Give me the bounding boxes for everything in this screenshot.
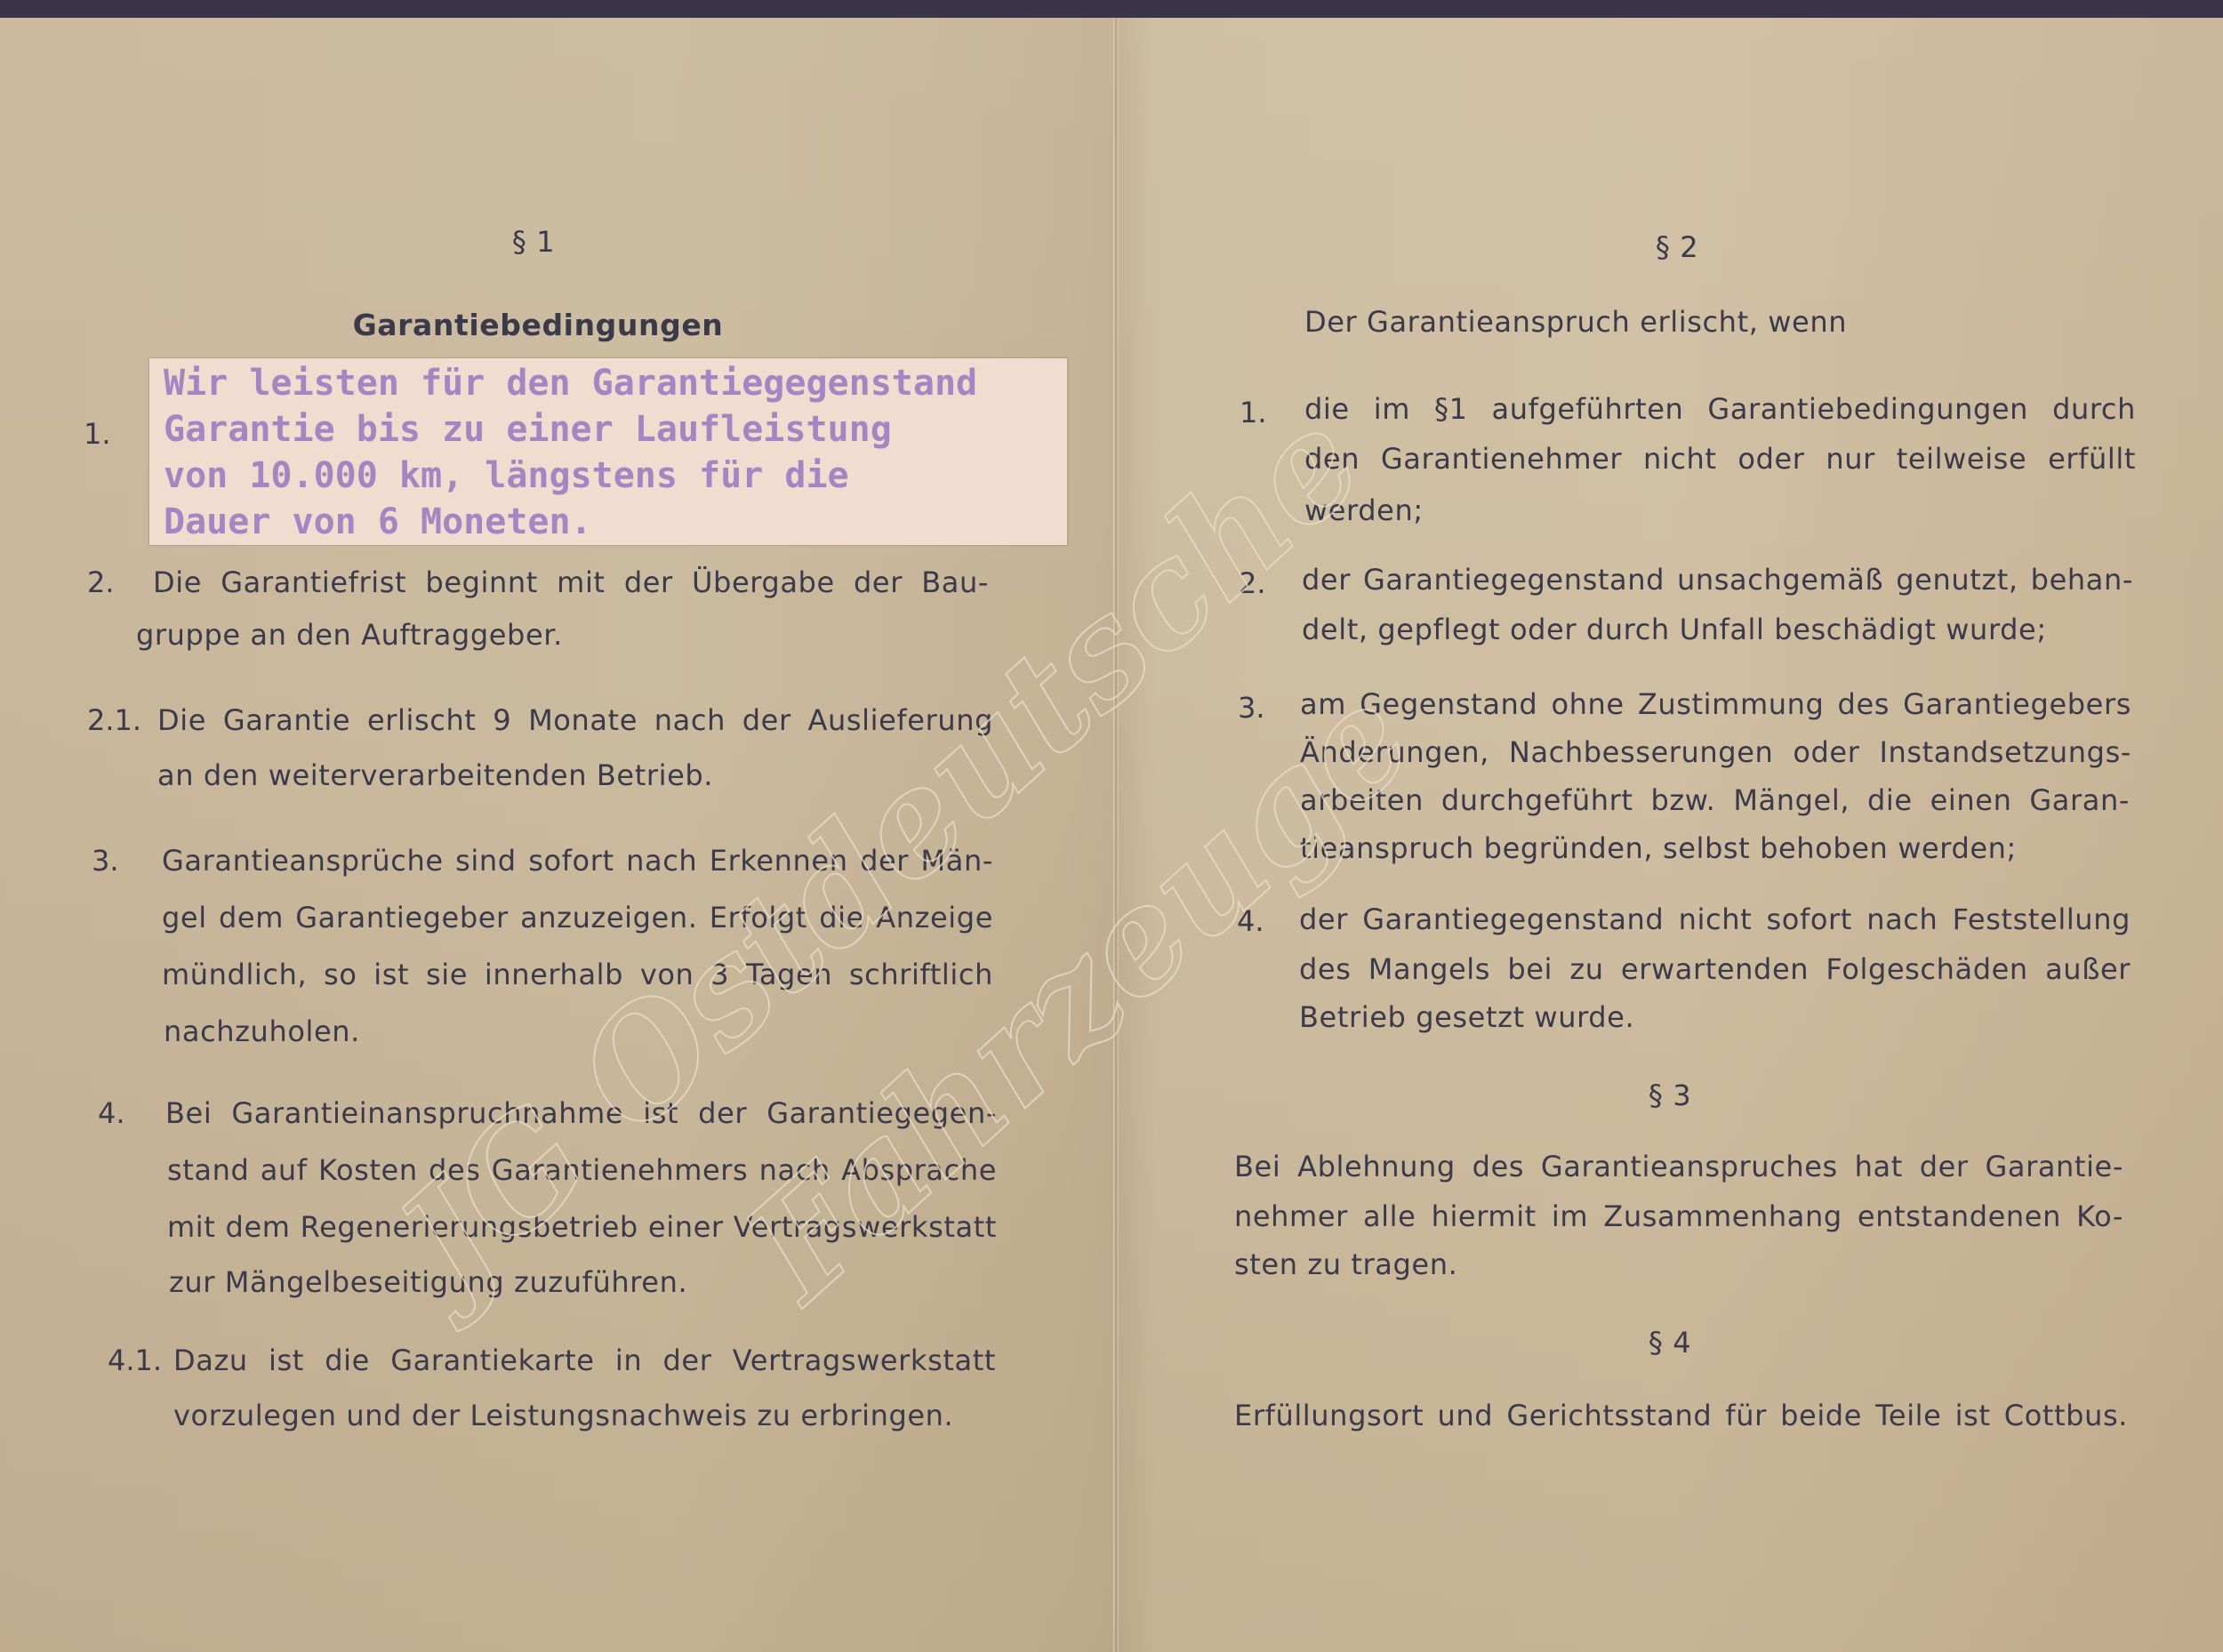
item-4-number: 4.	[98, 1095, 125, 1131]
item-4-line: Bei Garantieinanspruchnahme ist der Gara…	[165, 1095, 997, 1131]
stamp-line: von 10.000 km, längstens für die	[164, 453, 849, 499]
item-4-1-line: Dazu ist die Garantiekarte in der Vertra…	[173, 1343, 996, 1378]
item-3-line: mündlich, so ist sie innerhalb von 3 Tag…	[162, 957, 993, 992]
right-page: § 2 Der Garantieanspruch erlischt, wenn …	[1119, 18, 2223, 1652]
section-4-line: Erfüllungsort und Gerichtsstand für beid…	[1234, 1398, 2128, 1433]
item-3-line: Garantieansprüche sind sofort nach Erken…	[162, 843, 993, 878]
s2-item-3-line: arbeiten durchgeführt bzw. Mängel, die e…	[1300, 782, 2130, 818]
item-2-1-number: 2.1.	[87, 702, 141, 738]
s2-item-2-line: der Garantiegegenstand unsachgemäß genut…	[1302, 562, 2133, 597]
item-2-number: 2.	[87, 565, 115, 600]
s2-item-3-line: am Gegenstand ohne Zustimmung des Garant…	[1300, 686, 2131, 722]
section-2-label: § 2	[1588, 229, 1766, 265]
item-3-number: 3.	[92, 843, 119, 878]
s2-item-1-line: werden;	[1304, 493, 1424, 528]
s2-item-4-line: des Mangels bei zu erwartenden Folgeschä…	[1299, 951, 2131, 987]
item-2-1-line: an den weiterverarbeitenden Betrieb.	[157, 758, 713, 793]
item-4-1-number: 4.1.	[108, 1343, 162, 1378]
item-4-line: zur Mängelbeseitigung zuzuführen.	[169, 1264, 687, 1300]
item-3-line: gel dem Garantiegeber anzuzeigen. Erfolg…	[162, 900, 993, 935]
item-2-line: gruppe an den Auftraggeber.	[136, 617, 563, 653]
s2-item-4-line: der Garantiegegenstand nicht sofort nach…	[1299, 902, 2131, 937]
left-page: § 1 Garantiebedingungen 1. Wir leisten f…	[0, 18, 1113, 1652]
s2-item-3-line: tieanspruch begründen, selbst behoben we…	[1300, 830, 2017, 866]
item-4-1-line: vorzulegen und der Leistungsnachweis zu …	[173, 1398, 953, 1433]
stamp-line: Dauer von 6 Moneten.	[164, 499, 592, 545]
stamp-line: Garantie bis zu einer Laufleistung	[164, 406, 892, 453]
s2-item-4-line: Betrieb gesetzt wurde.	[1299, 999, 1634, 1035]
section-3-line: nehmer alle hiermit im Zusammenhang ents…	[1234, 1199, 2123, 1234]
item-4-line: stand auf Kosten des Garantienehmers nac…	[167, 1152, 997, 1188]
s2-item-1-line: den Garantienehmer nicht oder nur teilwe…	[1304, 441, 2136, 477]
item-2-1-line: Die Garantie erlischt 9 Monate nach der …	[157, 702, 993, 738]
section-1-heading: Garantiebedingungen	[267, 308, 809, 343]
s2-item-1-number: 1.	[1240, 395, 1267, 430]
item-2-line: Die Garantiefrist beginnt mit der Überga…	[153, 565, 989, 600]
item-1-number: 1.	[84, 416, 111, 452]
section-3-line: sten zu tragen.	[1234, 1247, 1457, 1282]
s2-item-3-line: Änderungen, Nachbesserungen oder Instand…	[1300, 734, 2131, 770]
s2-item-4-number: 4.	[1237, 903, 1264, 939]
s2-item-1-line: die im §1 aufgeführten Garantiebedingung…	[1304, 391, 2136, 427]
section-4-label: § 4	[1581, 1325, 1759, 1360]
section-1-label: § 1	[445, 224, 622, 260]
item-3-line: nachzuholen.	[164, 1014, 360, 1049]
section-2-intro: Der Garantieanspruch erlischt, wenn	[1304, 304, 1847, 340]
section-3-label: § 3	[1581, 1078, 1759, 1113]
s2-item-2-line: delt, gepflegt oder durch Unfall beschäd…	[1302, 612, 2047, 647]
stamp-line: Wir leisten für den Garantiegegenstand	[164, 360, 977, 406]
s2-item-3-number: 3.	[1238, 690, 1265, 726]
section-3-line: Bei Ablehnung des Garantieanspruches hat…	[1234, 1149, 2123, 1184]
s2-item-2-number: 2.	[1239, 565, 1266, 601]
item-4-line: mit dem Regenerierungsbetrieb einer Vert…	[167, 1209, 997, 1245]
typewritten-sticker: Wir leisten für den Garantiegegenstand G…	[149, 358, 1067, 545]
